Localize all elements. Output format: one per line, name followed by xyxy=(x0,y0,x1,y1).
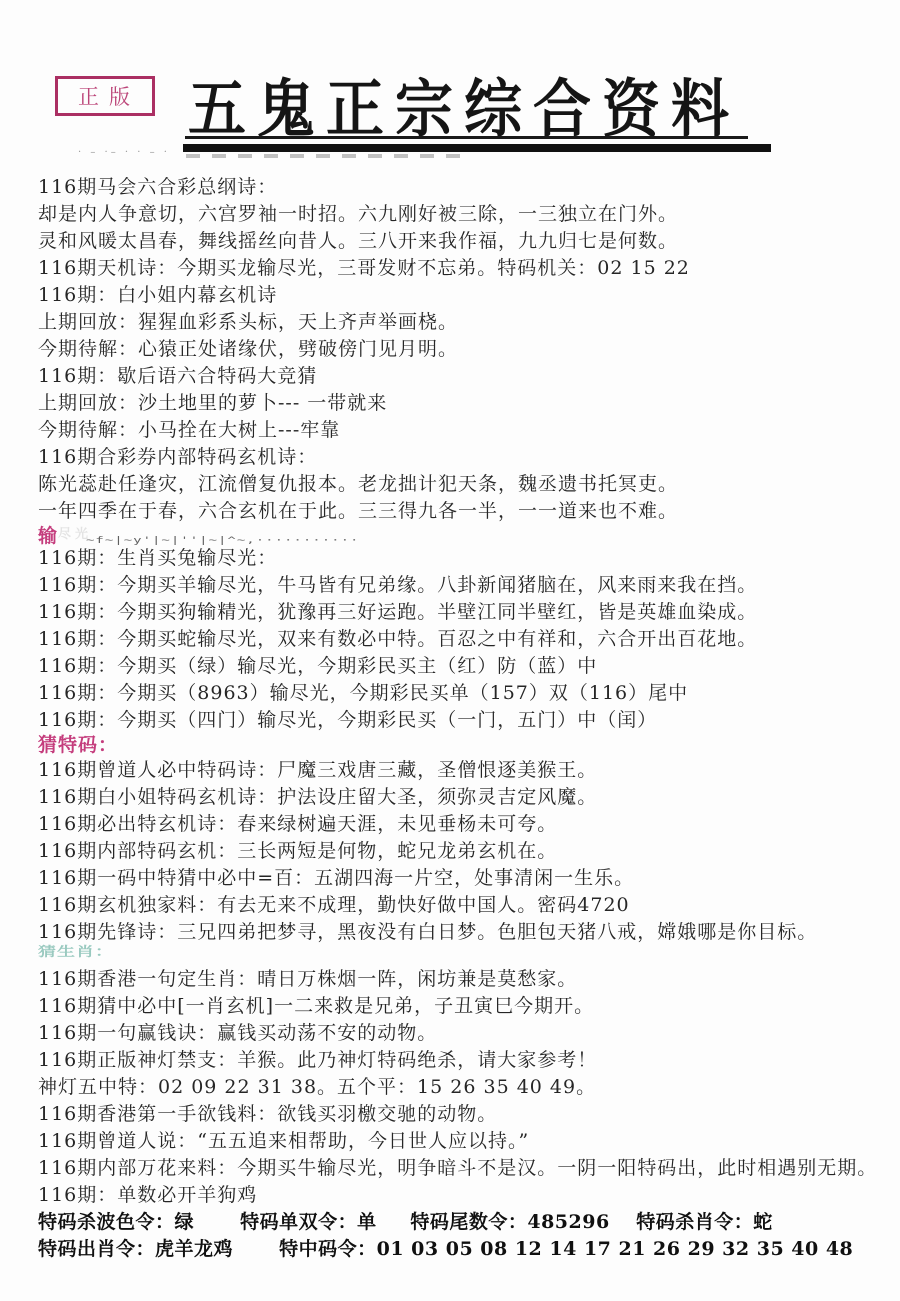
text-line: 116期：白小姐内幕玄机诗 xyxy=(38,282,888,309)
title-underline xyxy=(185,136,748,139)
text-line: 116期：单数必开羊狗鸡 xyxy=(38,1182,888,1209)
print-artifact-dashes: · – ·– · · – · xyxy=(78,148,178,158)
text-line: 116期必出特玄机诗：春来绿树遍天涯，未见垂杨未可夸。 xyxy=(38,811,888,838)
text-line: 116期：今期买（8963）输尽光，今期彩民买单（157）双（116）尾中 xyxy=(38,680,888,707)
text-line: 116期曾道人必中特码诗：尸魔三戏唐三藏，圣僧恨逐美猴王。 xyxy=(38,757,888,784)
text-line: 陈光蕊赴任逢灾，江流僧复仇报本。老龙拙计犯天条，魏丞遗书托冥吏。 xyxy=(38,471,888,498)
text-line: 116期玄机独家料：有去无来不成理，勤快好做中国人。密码4720 xyxy=(38,892,888,919)
text-line: 116期内部特码玄机：三长两短是何物，蛇兄龙弟玄机在。 xyxy=(38,838,888,865)
text-line: 116期香港一句定生肖：晴日万株烟一阵，闲坊兼是莫愁家。 xyxy=(38,966,888,993)
text-line: 灵和风暖太昌春，舞线摇丝向昔人。三八开来我作福，九九归七是何数。 xyxy=(38,228,888,255)
text-line: 116期：今期买（绿）输尽光，今期彩民买主（红）防（蓝）中 xyxy=(38,653,888,680)
text-line: 116期内部万花来料：今期买牛输尽光，明争暗斗不是汉。一阴一阳特码出，此时相遇别… xyxy=(38,1155,888,1182)
text-line: 116期：今期买狗输精光，犹豫再三好运跑。半壁江同半壁红，皆是英雄血染成。 xyxy=(38,599,888,626)
text-line: 116期马会六合彩总纲诗： xyxy=(38,174,888,201)
text-line: 特码杀波色令：绿 特码单双令：单 特码尾数令：485296 特码杀肖令：蛇 xyxy=(38,1209,888,1236)
text-line: 116期猜中必中[一肖玄机]一二来救是兄弟，子丑寅巳今期开。 xyxy=(38,993,888,1020)
authentic-badge: 正版 xyxy=(55,76,155,116)
content-lines: 116期马会六合彩总纲诗：却是内人争意切，六宫罗袖一时招。六九刚好被三除，一三独… xyxy=(38,174,888,1263)
text-line: 今期待解：心猿正处诸缘伏，劈破傍门见月明。 xyxy=(38,336,888,363)
section-header: 猜生肖： xyxy=(38,946,888,960)
text-line: 116期香港第一手欲钱料：欲钱买羽檄交驰的动物。 xyxy=(38,1101,888,1128)
text-line: 神灯五中特：02 09 22 31 38。五个平：15 26 35 40 49。 xyxy=(38,1074,888,1101)
title-thick-bar xyxy=(183,144,771,152)
section-header: 猜特码： xyxy=(38,734,888,757)
text-line: 116期先锋诗：三兄四弟把梦寻，黑夜没有白日梦。色胆包天猪八戒，嫦娥哪是你目标。 xyxy=(38,919,888,946)
text-line: 116期：生肖买兔输尽光： xyxy=(38,545,888,572)
text-line: 116期：今期买蛇输尽光，双来有数必中特。百忍之中有祥和，六合开出百花地。 xyxy=(38,626,888,653)
text-line: 特码出肖令：虎羊龙鸡 特中码令：01 03 05 08 12 14 17 21 … xyxy=(38,1236,888,1263)
text-line: 却是内人争意切，六宫罗袖一时招。六九刚好被三除，一三独立在门外。 xyxy=(38,201,888,228)
text-line: 上期回放：沙土地里的萝卜--- 一带就来 xyxy=(38,390,888,417)
text-line: 116期：今期买（四门）输尽光，今期彩民买（一门，五门）中（闰） xyxy=(38,707,888,734)
text-line: 116期正版神灯禁支：羊猴。此乃神灯特码绝杀，请大家参考！ xyxy=(38,1047,888,1074)
text-line: 116期白小姐特码玄机诗：护法设庄留大圣，须弥灵吉定风魔。 xyxy=(38,784,888,811)
page-header: 正版 五鬼正宗综合资料 · – ·– · · – · xyxy=(0,0,900,172)
text-line: 116期：今期买羊输尽光，牛马皆有兄弟缘。八卦新闻猪脑在，风来雨来我在挡。 xyxy=(38,572,888,599)
text-line: 116期一句赢钱诀：赢钱买动荡不安的动物。 xyxy=(38,1020,888,1047)
text-line: 116期合彩券内部特码玄机诗： xyxy=(38,444,888,471)
text-line: 上期回放：猩猩血彩系头标，天上齐声举画桡。 xyxy=(38,309,888,336)
print-artifact-smear xyxy=(186,154,466,158)
text-line: 今期待解：小马拴在大树上---牢靠 xyxy=(38,417,888,444)
text-line: 一年四季在于春，六合玄机在于此。三三得九各一半，一一道来也不难。 xyxy=(38,498,888,525)
text-line: 116期一码中特猜中必中=百：五湖四海一片空，处事清闲一生乐。 xyxy=(38,865,888,892)
text-line: 116期：歇后语六合特码大竞猜 xyxy=(38,363,888,390)
text-line: 116期曾道人说：“五五追来相帮助，今日世人应以持。” xyxy=(38,1128,888,1155)
text-line: 116期天机诗：今期买龙输尽光，三哥发财不忘弟。特码机关：02 15 22 xyxy=(38,255,888,282)
